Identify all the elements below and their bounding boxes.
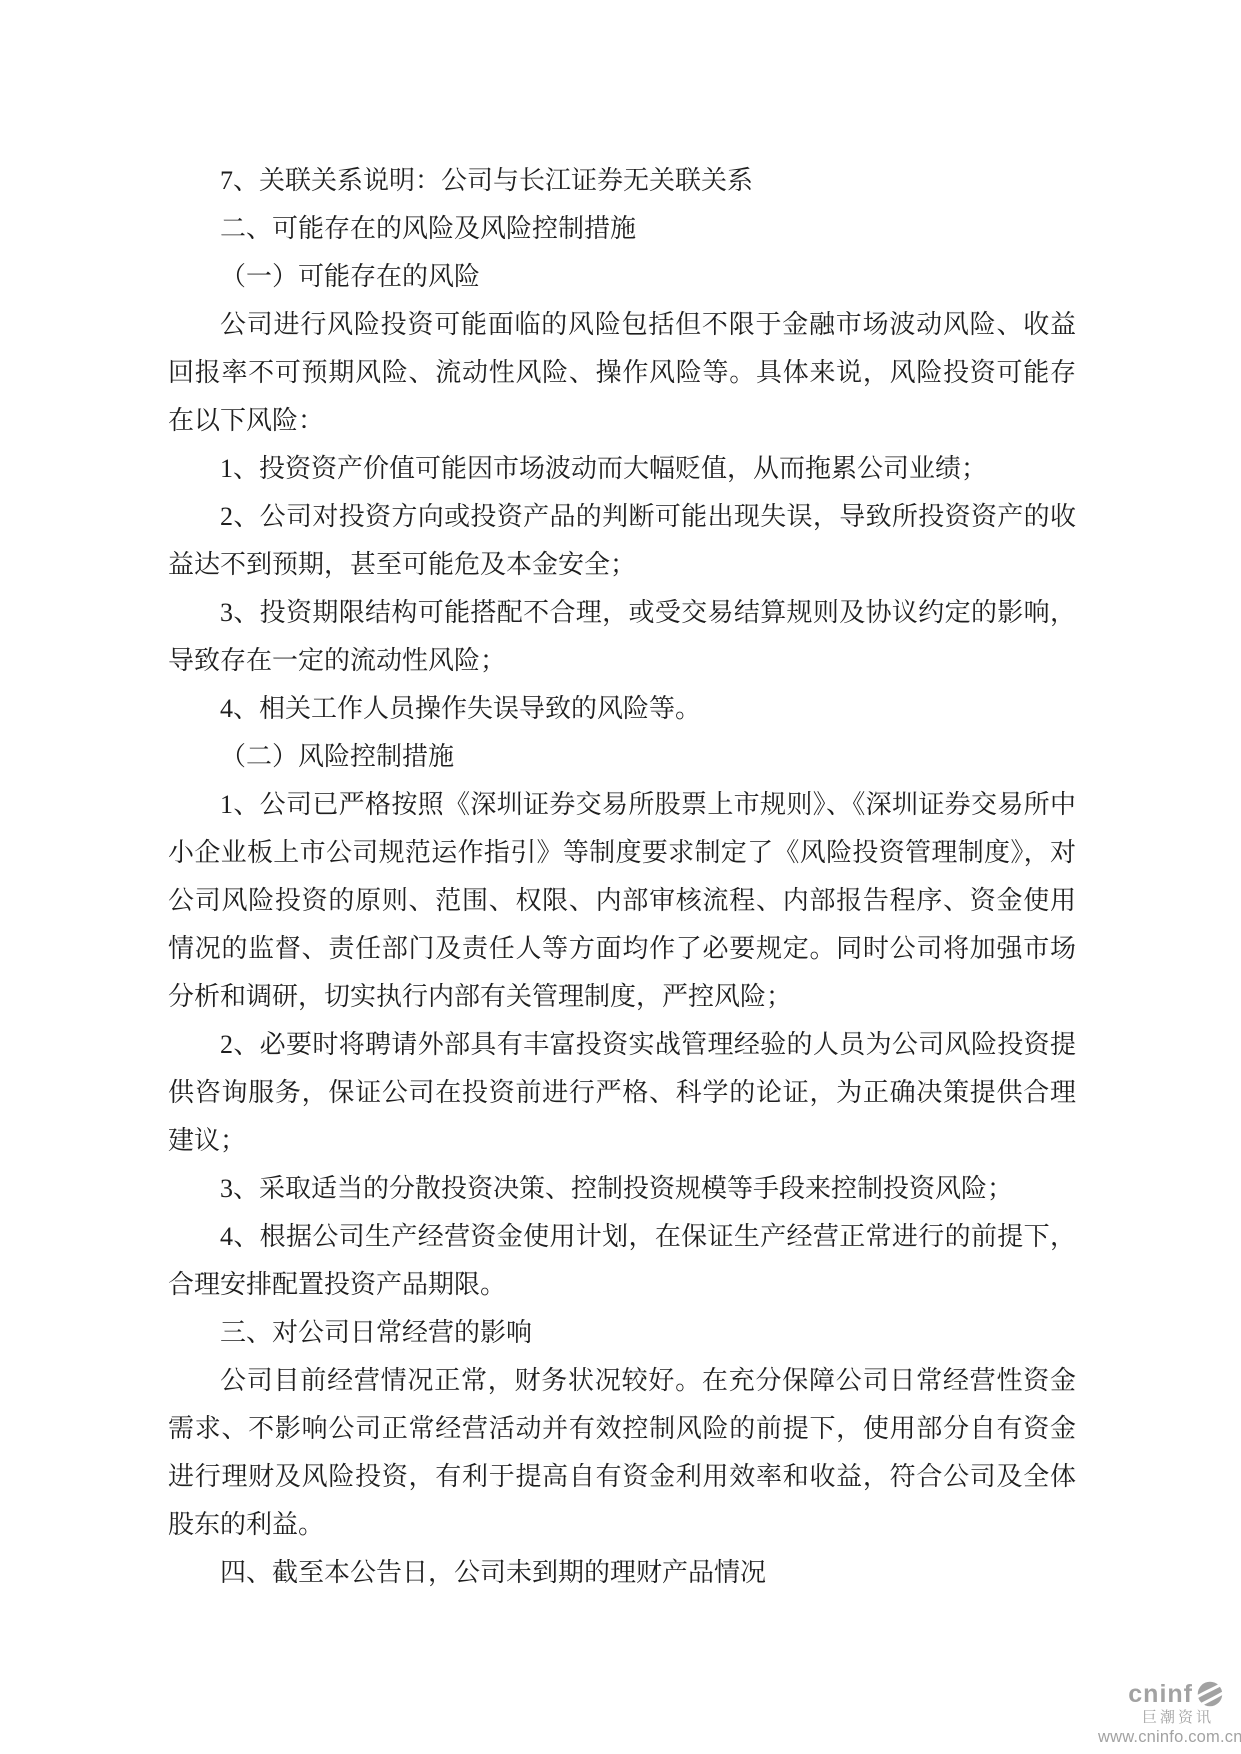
- paragraph: 公司目前经营情况正常，财务状况较好。在充分保障公司日常经营性资金需求、不影响公司…: [168, 1357, 1076, 1549]
- cninfo-logo-chinese-name: 巨潮资讯: [1098, 1710, 1214, 1725]
- paragraph: 1、公司已严格按照《深圳证券交易所股票上市规则》、《深圳证券交易所中小企业板上市…: [168, 781, 1076, 1021]
- paragraph: 四、截至本公告日，公司未到期的理财产品情况: [168, 1549, 1076, 1597]
- document-body: 7、关联关系说明：公司与长江证券无关联关系 二、可能存在的风险及风险控制措施 （…: [168, 157, 1076, 1597]
- paragraph: 三、对公司日常经营的影响: [168, 1309, 1076, 1357]
- paragraph: 4、根据公司生产经营资金使用计划，在保证生产经营正常进行的前提下，合理安排配置投…: [168, 1213, 1076, 1309]
- document-page: 7、关联关系说明：公司与长江证券无关联关系 二、可能存在的风险及风险控制措施 （…: [0, 0, 1241, 1754]
- paragraph: 3、投资期限结构可能搭配不合理，或受交易结算规则及协议约定的影响，导致存在一定的…: [168, 589, 1076, 685]
- cninfo-watermark: cninf 巨潮资讯 www.cninfo.com.cn: [1098, 1680, 1240, 1746]
- cninfo-logo-text: cninf: [1128, 1682, 1193, 1707]
- paragraph: 二、可能存在的风险及风险控制措施: [168, 205, 1076, 253]
- paragraph: 2、必要时将聘请外部具有丰富投资实战管理经验的人员为公司风险投资提供咨询服务，保…: [168, 1021, 1076, 1165]
- paragraph: （一）可能存在的风险: [168, 253, 1076, 301]
- paragraph: 4、相关工作人员操作失误导致的风险等。: [168, 685, 1076, 733]
- paragraph: 1、投资资产价值可能因市场波动而大幅贬值，从而拖累公司业绩；: [168, 445, 1076, 493]
- cninfo-swirl-icon: [1196, 1680, 1224, 1708]
- paragraph: 2、公司对投资方向或投资产品的判断可能出现失误，导致所投资资产的收益达不到预期，…: [168, 493, 1076, 589]
- paragraph: 公司进行风险投资可能面临的风险包括但不限于金融市场波动风险、收益回报率不可预期风…: [168, 301, 1076, 445]
- paragraph: 3、采取适当的分散投资决策、控制投资规模等手段来控制投资风险；: [168, 1165, 1076, 1213]
- paragraph: （二）风险控制措施: [168, 733, 1076, 781]
- cninfo-logo-row: cninf: [1098, 1680, 1224, 1708]
- paragraph: 7、关联关系说明：公司与长江证券无关联关系: [168, 157, 1076, 205]
- cninfo-logo-url: www.cninfo.com.cn: [1098, 1729, 1238, 1746]
